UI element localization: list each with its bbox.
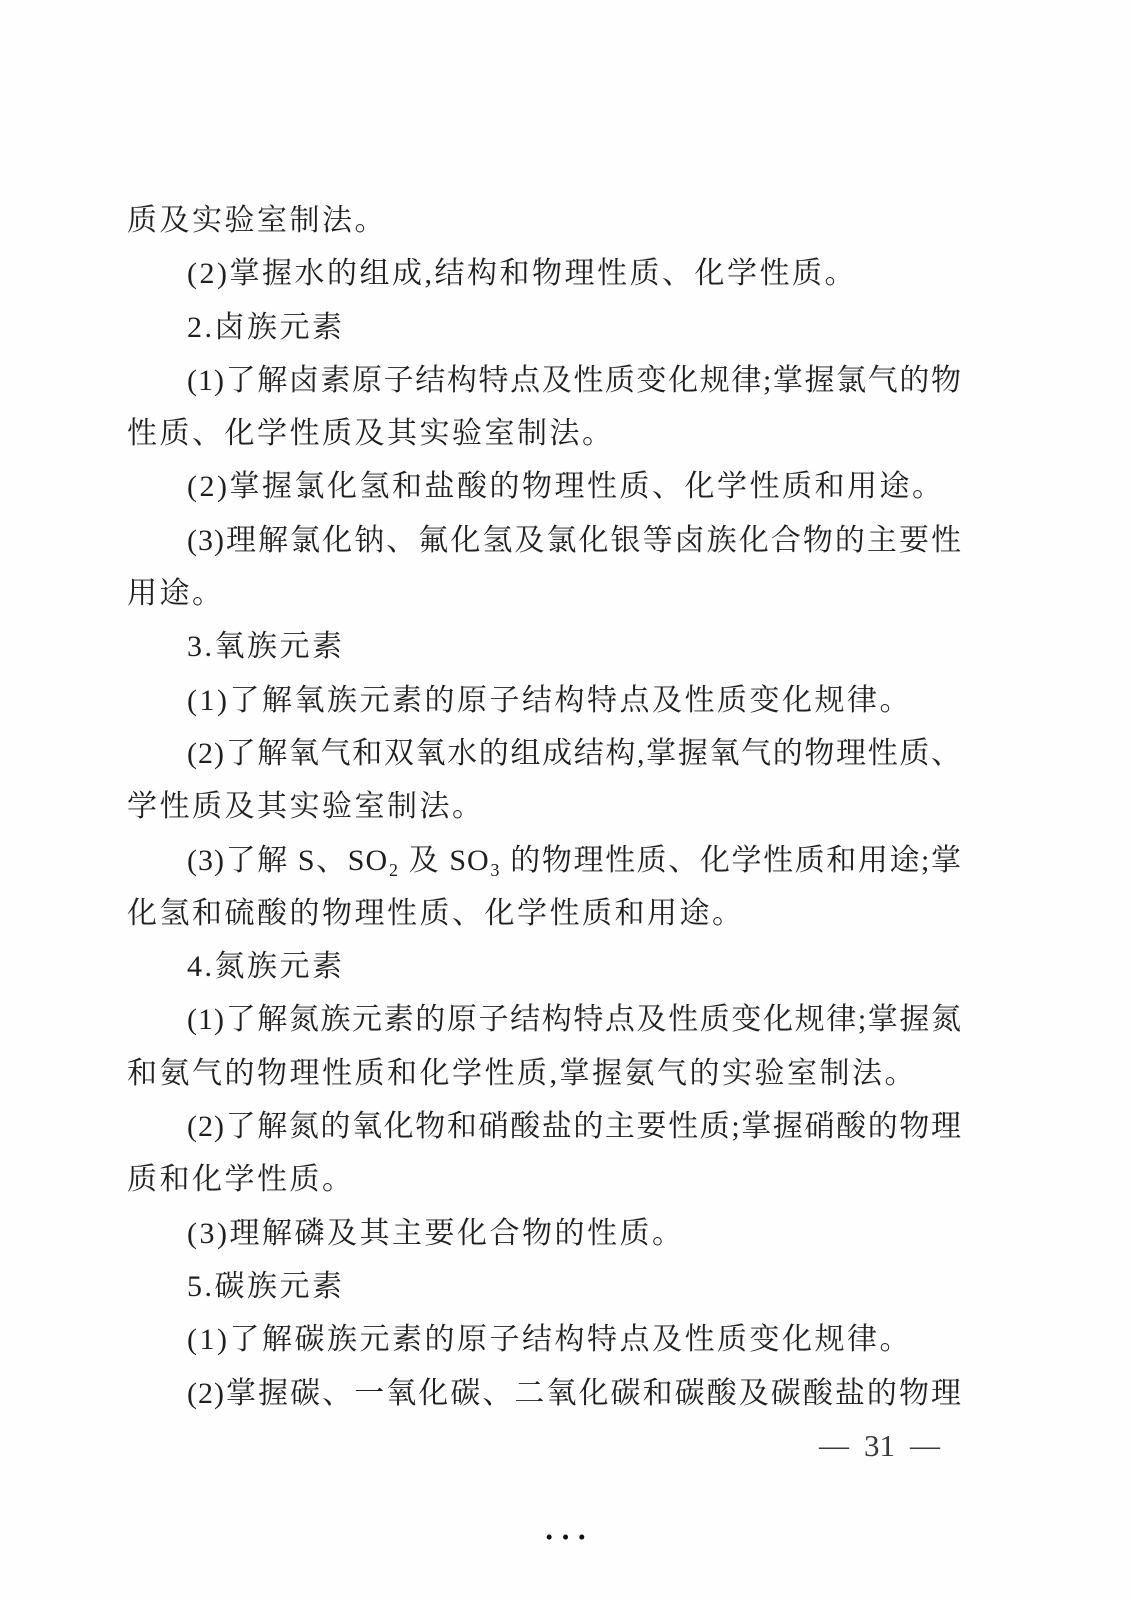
text-line: 学性质及其实验室制法。 (127, 780, 962, 833)
page-number: — 31 — (819, 1428, 940, 1464)
page-number-value: 31 (864, 1428, 895, 1464)
text-line: (2)掌握氯化氢和盐酸的物理性质、化学性质和用途。 (127, 460, 962, 513)
text-line: (2)了解氧气和双氧水的组成结构,掌握氧气的物理性质、化 (127, 727, 962, 780)
text-line: (2)掌握水的组成,结构和物理性质、化学性质。 (127, 247, 962, 300)
text-line: (3)理解氯化钠、氟化氢及氯化银等卤族化合物的主要性质和 (127, 514, 962, 567)
document-body: 质及实验室制法。(2)掌握水的组成,结构和物理性质、化学性质。2.卤族元素(1)… (127, 194, 962, 1420)
bottom-dots: ••• (0, 1525, 1131, 1550)
text-line: (1)了解氮族元素的原子结构特点及性质变化规律;掌握氮气 (127, 993, 962, 1046)
text-line: (1)了解氧族元素的原子结构特点及性质变化规律。 (127, 674, 962, 727)
page-number-dash-left: — (819, 1429, 849, 1463)
text-line: 2.卤族元素 (127, 301, 962, 354)
text-line: (2)掌握碳、一氧化碳、二氧化碳和碳酸及碳酸盐的物理性质 (127, 1367, 962, 1420)
page-number-dash-right: — (910, 1429, 940, 1463)
text-line: 和氨气的物理性质和化学性质,掌握氨气的实验室制法。 (127, 1047, 962, 1100)
text-line: 4.氮族元素 (127, 940, 962, 993)
text-line: (3)了解 S、SO₂ 及 SO₃ 的物理性质、化学性质和用途;掌握硫 (127, 834, 962, 887)
text-line: (3)理解磷及其主要化合物的性质。 (127, 1207, 962, 1260)
text-line: 5.碳族元素 (127, 1260, 962, 1313)
text-line: 3.氧族元素 (127, 620, 962, 673)
text-line: 用途。 (127, 567, 962, 620)
text-line: 质和化学性质。 (127, 1153, 962, 1206)
document-page: 质及实验室制法。(2)掌握水的组成,结构和物理性质、化学性质。2.卤族元素(1)… (0, 0, 1131, 1600)
text-line: (1)了解卤素原子结构特点及性质变化规律;掌握氯气的物理 (127, 354, 962, 407)
text-line: 质及实验室制法。 (127, 194, 962, 247)
text-line: (2)了解氮的氧化物和硝酸盐的主要性质;掌握硝酸的物理性 (127, 1100, 962, 1153)
text-line: (1)了解碳族元素的原子结构特点及性质变化规律。 (127, 1313, 962, 1366)
text-line: 化氢和硫酸的物理性质、化学性质和用途。 (127, 887, 962, 940)
text-line: 性质、化学性质及其实验室制法。 (127, 407, 962, 460)
